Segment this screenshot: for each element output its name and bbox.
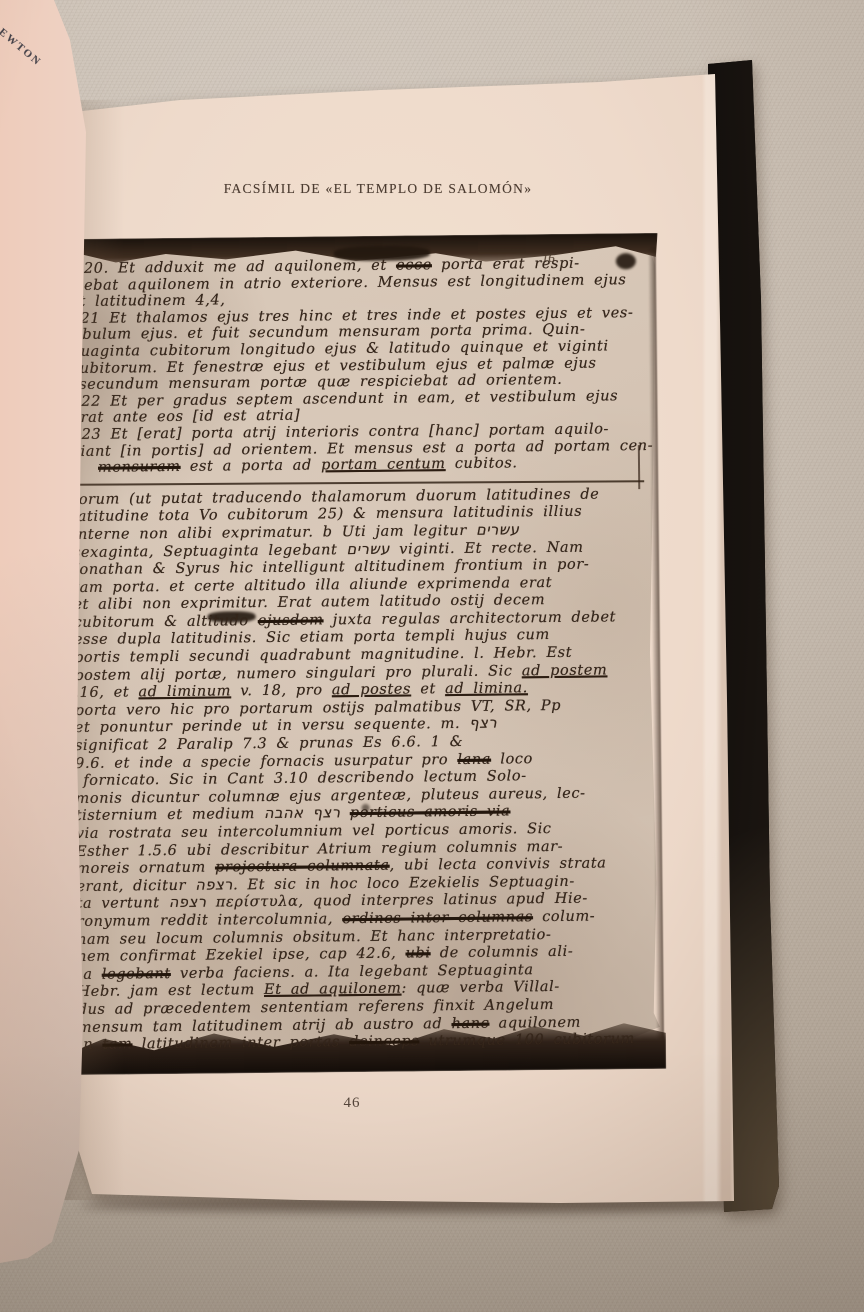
spine-title-text: EWTON bbox=[0, 26, 44, 69]
page-number: 46 bbox=[322, 1095, 382, 1112]
page-header: FACSÍMIL DE «EL TEMPLO DE SALOMÓN» bbox=[168, 181, 588, 197]
manuscript-facsimile-image: 16 20. Et adduxit me ad aquilonem, et ec… bbox=[56, 233, 667, 1079]
manuscript-text-block: 20. Et adduxit me ad aquilonem, et ecce … bbox=[70, 255, 656, 1061]
photo-of-open-book: FACSÍMIL DE «EL TEMPLO DE SALOMÓN» 16 20… bbox=[0, 0, 864, 1312]
open-book: FACSÍMIL DE «EL TEMPLO DE SALOMÓN» 16 20… bbox=[0, 0, 864, 1312]
